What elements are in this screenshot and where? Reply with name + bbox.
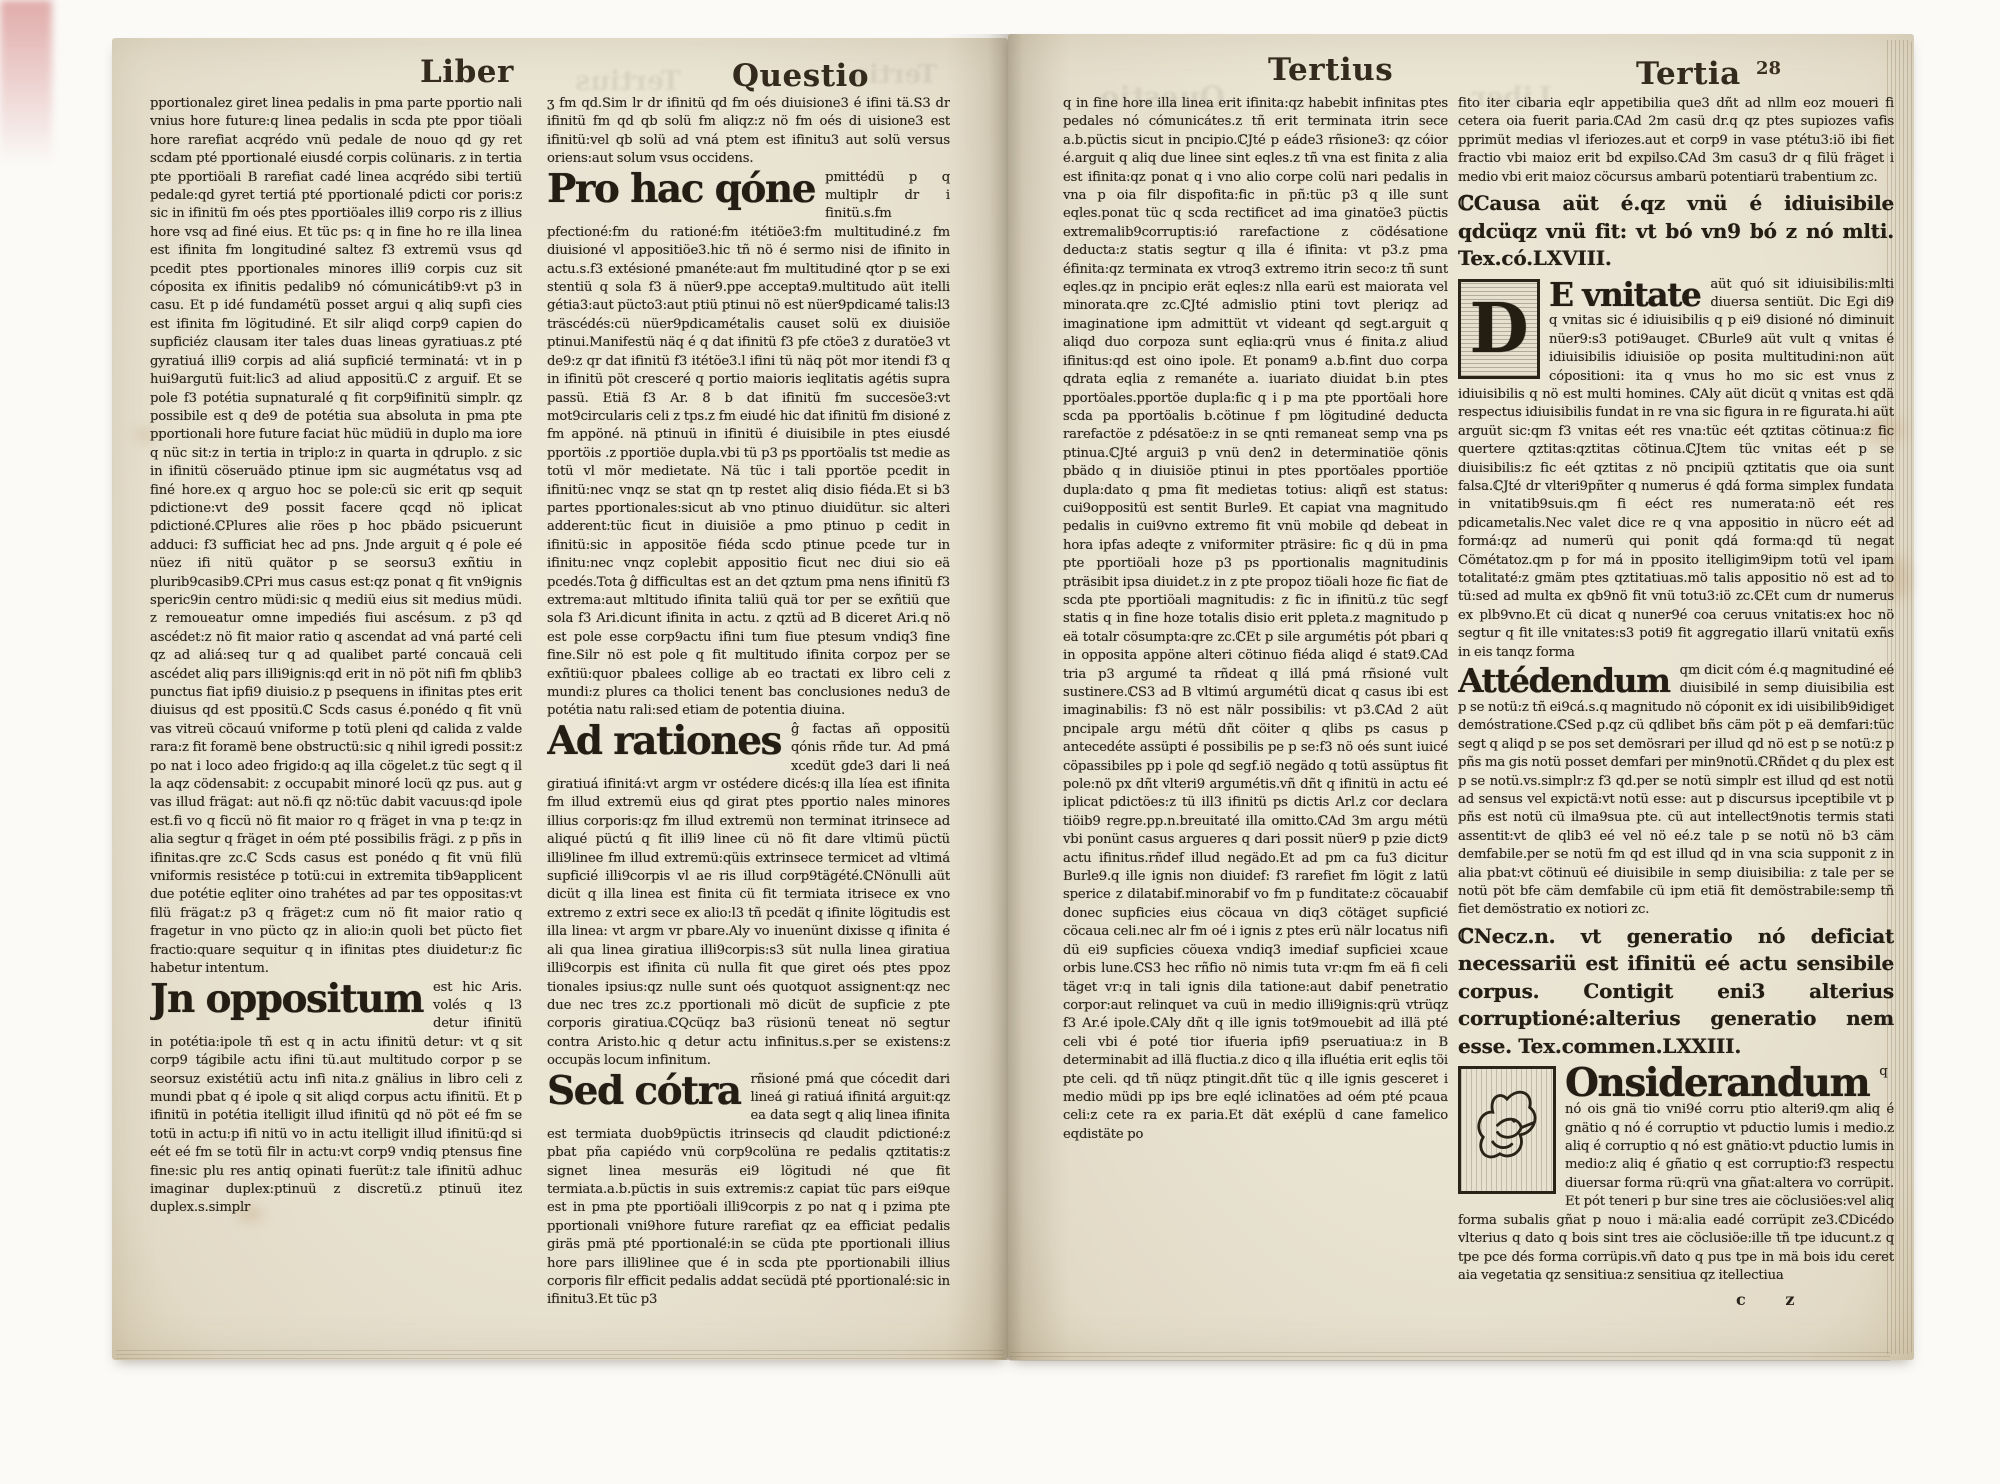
running-head-liber: Liber [420,54,514,90]
gutter-shadow [946,34,1070,1360]
text-commentary-passage-lxxiii: ℂNecz.n. vt generatio nó deficiat necess… [1458,923,1894,1061]
section-sed-contra: Sed cótrarñsioné pmá que cócedit dari li… [547,1071,950,1310]
section-attendendum: Attédendumqm dicit cóm é.q magnitudiné e… [1458,662,1894,920]
body-text: ʒ fm qd.Sim lr dr ifinitü qd fm oés diui… [547,95,950,169]
section-heading-sed-contra: Sed cótra [547,1071,751,1109]
book-scan: Tertius Tertia Questio Liber Liber Quest… [0,0,2000,1484]
section-text: ĝ factas añ oppositü qónis rñde tur. Ad … [547,722,950,1068]
text-column-4: fito iter cibaria eqlr appetibilia que3 … [1458,95,1894,1349]
folio-number: 28 [1756,58,1781,79]
woodcut-bird-initial-icon [1458,1066,1556,1194]
text-column-2: ʒ fm qd.Sim lr dr ifinitü qd fm oés diui… [547,95,950,1353]
section-considerandum: Onsiderandumq nó ois gnä tio vni9é corru… [1458,1063,1894,1285]
body-text: q in fine hore illa linea erit ifinita:q… [1063,95,1448,1144]
text-commentary-passage-lxviii: ℂCausa aüt é.qz vnü é idiuisibile qdcüqz… [1458,190,1894,273]
body-text: pportionalez giret linea pedalis in pma … [150,95,522,979]
section-heading-ad-rationes: Ad rationes [547,721,791,759]
running-head-tertius: Tertius [1268,52,1393,88]
running-head-questio: Questio [732,58,869,94]
text-column-3: q in fine hore illa linea erit ifinita:q… [1063,95,1448,1349]
section-heading-attendendum: Attédendum [1458,662,1680,698]
signature-mark: c z [1736,1290,1794,1309]
section-heading-pro-hac-qone: Pro hac qóne [547,169,825,207]
section-ad-rationes: Ad rationesĝ factas añ oppositü qónis rñ… [547,721,950,1071]
initial-letter: D [1470,295,1529,363]
decorated-initial-d-icon: D [1458,279,1540,379]
section-pro-hac-qone: Pro hac qónepmittédü p q multiplr dr i f… [547,169,950,721]
section-heading-in-oppositum: Jn oppositum [150,979,433,1017]
backdrop-cloth [0,0,52,165]
body-text: fito iter cibaria eqlr appetibilia que3 … [1458,95,1894,187]
bird-glyph [1471,1080,1543,1180]
running-head-tertia: Tertia [1636,56,1741,92]
section-heading-e-vnitate: E vnitate [1549,276,1710,312]
section-de-vnitate: DE vnitateaüt quó sit idiuisibilis:mlti … [1458,276,1894,663]
section-text: pmittédü p q multiplr dr i finitü.s.fm p… [547,170,950,719]
section-heading-considerandum: Onsiderandum [1565,1063,1879,1101]
text-column-1: pportionalez giret linea pedalis in pma … [150,95,522,1353]
section-text: qm dicit cóm é.q magnitudiné eé diuisibi… [1458,663,1894,917]
ghost-text-tertius: Tertius [575,66,681,97]
section-in-oppositum: Jn oppositumest hic Aris. volés q l3 det… [150,979,522,1218]
page-edge-bottom-right [1010,1352,1890,1364]
